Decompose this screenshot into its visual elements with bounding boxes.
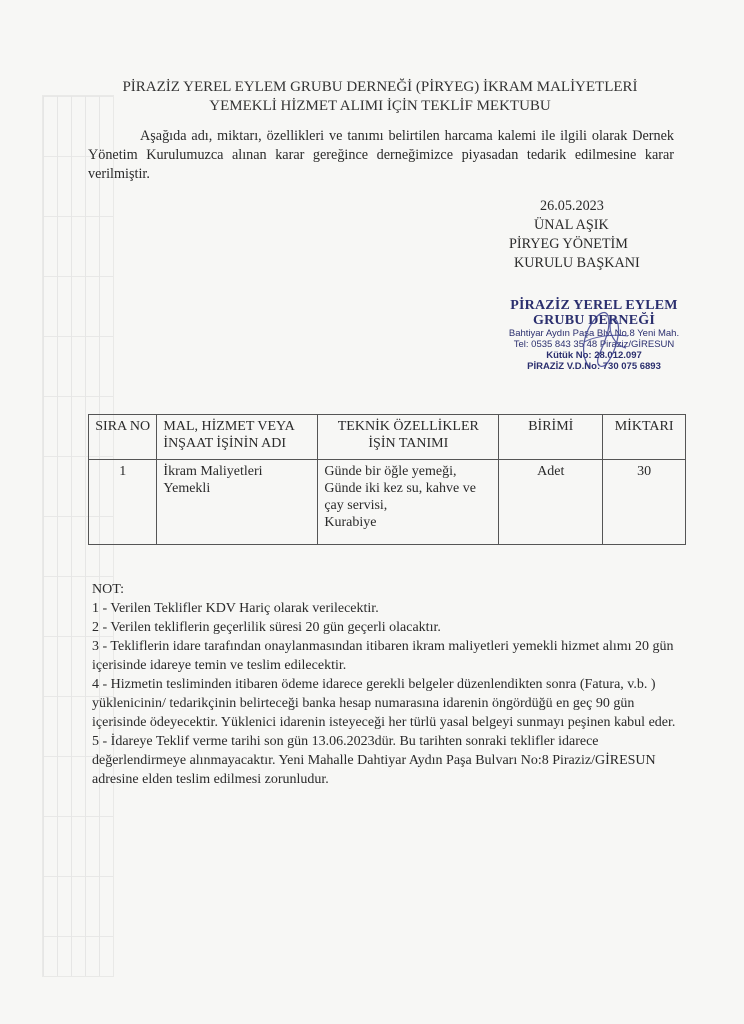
table-header-row: SIRA NO MAL, HİZMET VEYA İNŞAAT İŞİNİN A… (89, 415, 686, 460)
header-sira-no: SIRA NO (89, 415, 157, 460)
header-item-name: MAL, HİZMET VEYA İNŞAAT İŞİNİN ADI (157, 415, 318, 460)
signatory-title-1: PİRYEG YÖNETİM (500, 235, 660, 254)
note-item: 2 - Verilen tekliflerin geçerlilik süres… (92, 618, 688, 637)
signatory-title-2: KURULU BAŞKANI (500, 254, 660, 273)
cell-sira-no: 1 (89, 460, 157, 545)
cell-item-name: İkram Maliyetleri Yemekli (157, 460, 318, 545)
note-item: 4 - Hizmetin tesliminden itibaren ödeme … (92, 675, 688, 732)
cell-unit: Adet (499, 460, 603, 545)
table-row: 1 İkram Maliyetleri Yemekli Günde bir öğ… (89, 460, 686, 545)
intro-text: Aşağıda adı, miktarı, özellikleri ve tan… (88, 127, 674, 184)
note-item: 1 - Verilen Teklifler KDV Hariç olarak v… (92, 599, 688, 618)
items-table: SIRA NO MAL, HİZMET VEYA İNŞAAT İŞİNİN A… (88, 414, 686, 545)
spec-line: Günde iki kez su, kahve ve çay servisi, (324, 480, 492, 514)
header-quantity: MİKTARI (603, 415, 686, 460)
title-line-2: YEMEKLİ HİZMET ALIMI İÇİN TEKLİF MEKTUBU (80, 97, 680, 116)
note-item: 3 - Tekliflerin idare tarafından onaylan… (92, 637, 688, 675)
cell-technical-specs: Günde bir öğle yemeği, Günde iki kez su,… (318, 460, 499, 545)
signatory-name: ÜNAL AŞIK (500, 216, 660, 235)
title-line-1: PİRAZİZ YEREL EYLEM GRUBU DERNEĞİ (PİRYE… (80, 78, 680, 97)
intro-paragraph: Aşağıda adı, miktarı, özellikleri ve tan… (88, 127, 674, 184)
handwritten-signature-icon (572, 306, 632, 376)
header-technical-specs: TEKNİK ÖZELLİKLER İŞİN TANIMI (318, 415, 499, 460)
spec-line: Kurabiye (324, 514, 492, 531)
notes-section: NOT: 1 - Verilen Teklifler KDV Hariç ola… (92, 580, 688, 789)
cell-quantity: 30 (603, 460, 686, 545)
note-item: 5 - İdareye Teklif verme tarihi son gün … (92, 732, 688, 789)
notes-heading: NOT: (92, 580, 688, 599)
document-title: PİRAZİZ YEREL EYLEM GRUBU DERNEĞİ (PİRYE… (80, 78, 680, 116)
document-page: PİRAZİZ YEREL EYLEM GRUBU DERNEĞİ (PİRYE… (0, 0, 744, 1024)
header-unit: BİRİMİ (499, 415, 603, 460)
letter-date: 26.05.2023 (500, 197, 660, 216)
signature-block: 26.05.2023 ÜNAL AŞIK PİRYEG YÖNETİM KURU… (500, 197, 660, 273)
spec-line: Günde bir öğle yemeği, (324, 463, 492, 480)
